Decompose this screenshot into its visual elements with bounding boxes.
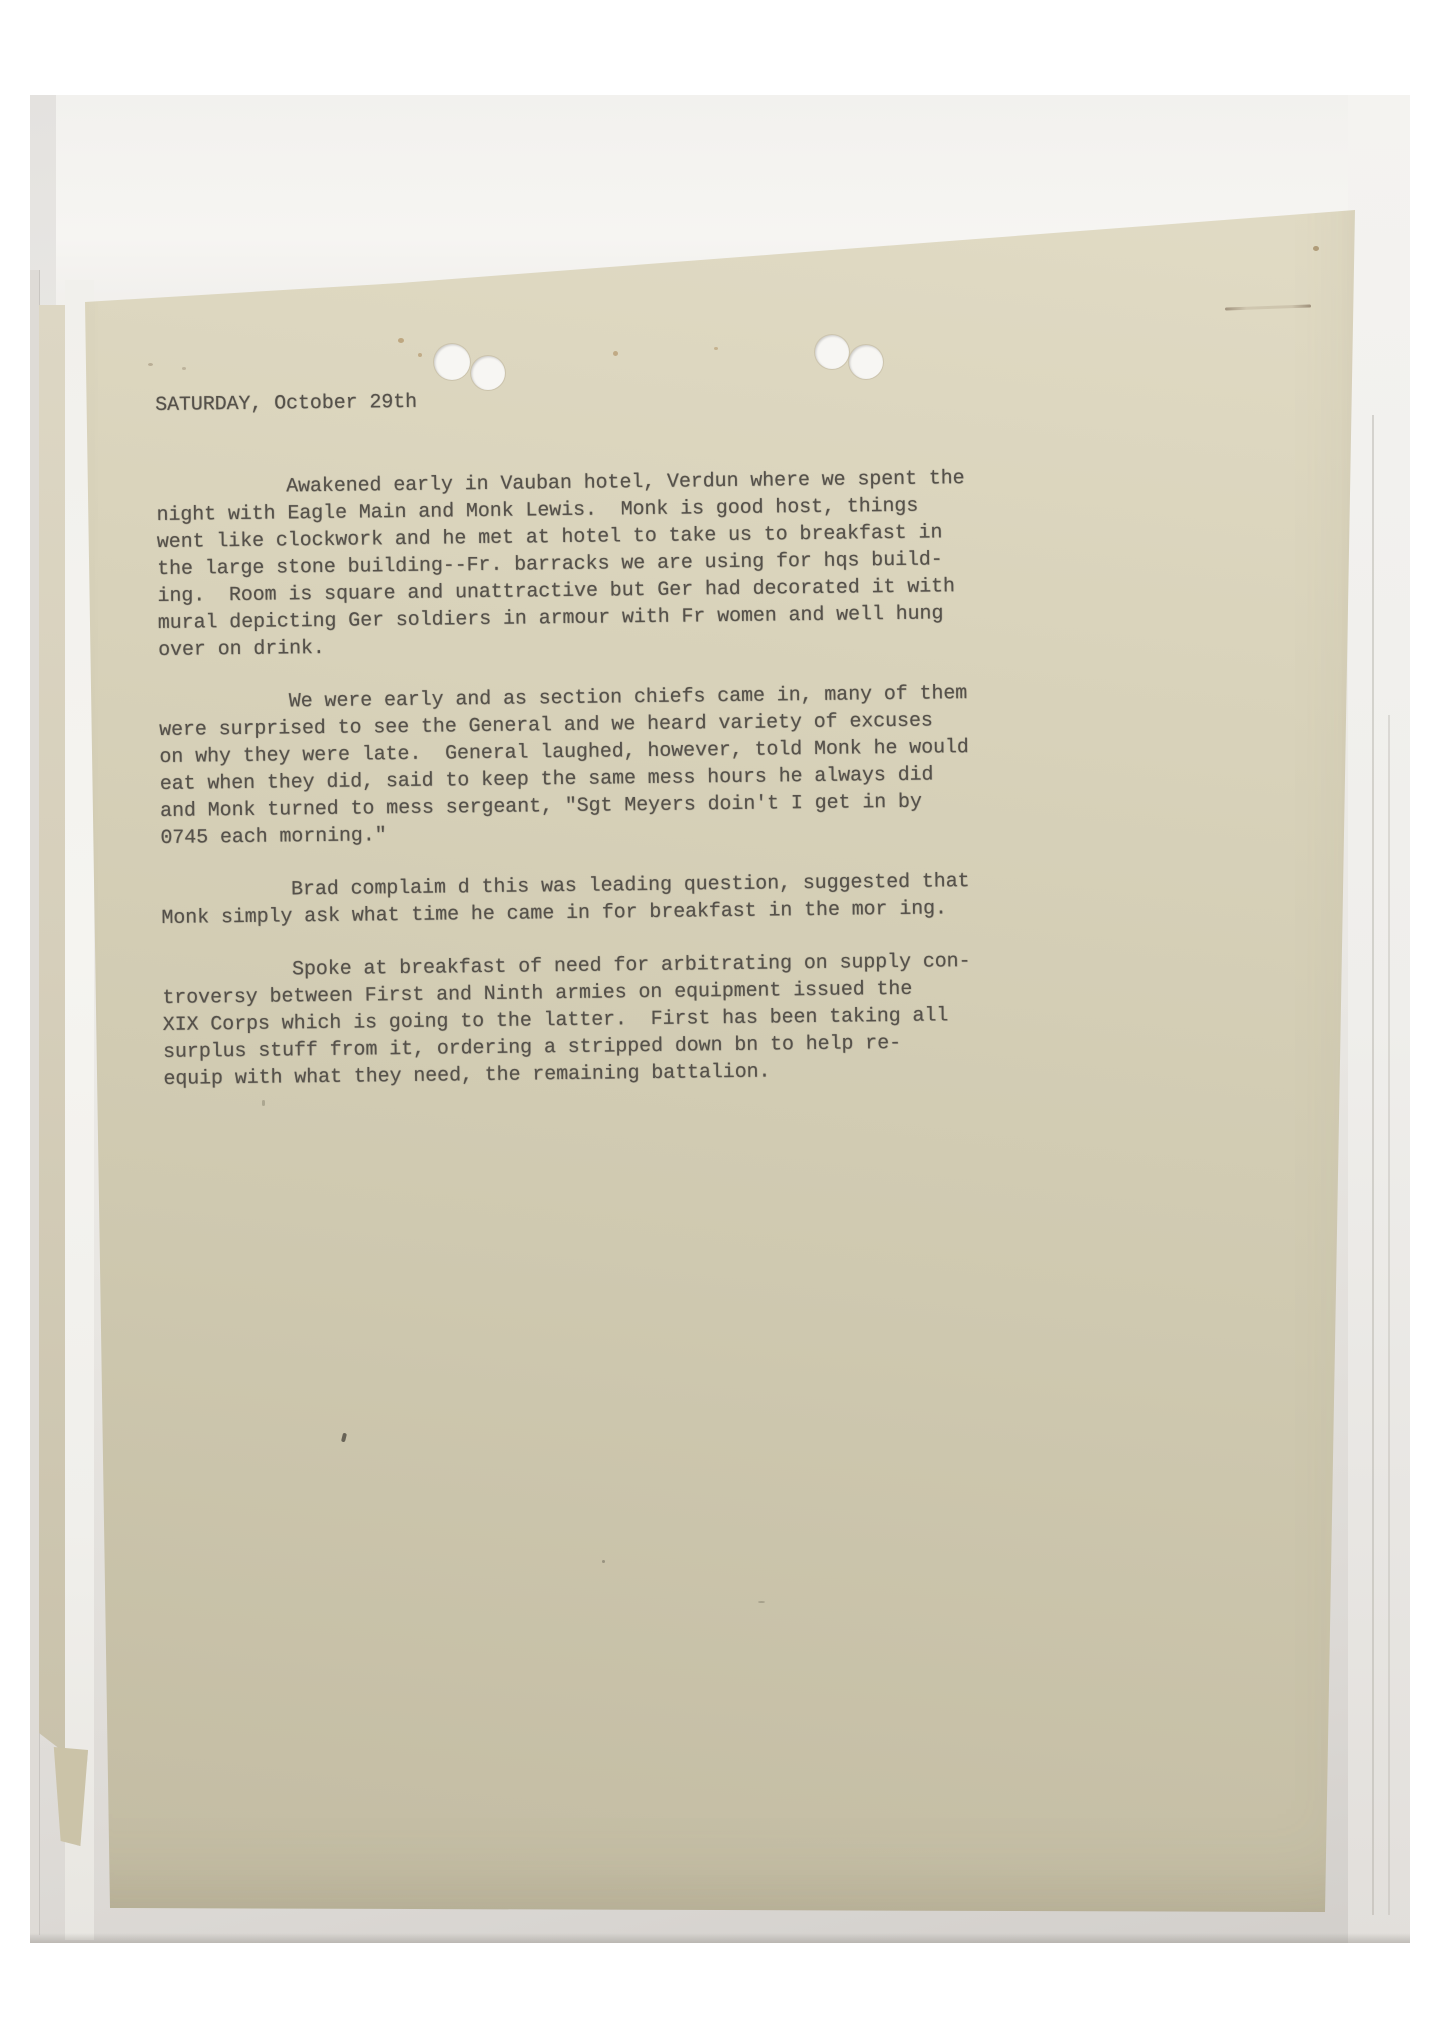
punch-hole (849, 345, 883, 379)
punch-hole (434, 344, 470, 380)
photo-bottom-edge (30, 1933, 1410, 1943)
under-sheet-right-edge (1348, 95, 1410, 1943)
paragraph: Spoke at breakfast of need for arbitrati… (162, 944, 1314, 1093)
paragraph: Brad complaim d this was leading questio… (161, 864, 1312, 932)
ink-speck (262, 1100, 265, 1106)
ink-speck (602, 1560, 605, 1563)
foxing-speck (418, 353, 422, 357)
page-stack-edge (30, 270, 40, 1935)
under-page-strip (39, 305, 65, 1753)
foxing-speck (613, 351, 618, 356)
punch-hole (471, 356, 505, 390)
foxing-speck (182, 367, 186, 370)
punch-hole (815, 335, 849, 369)
paragraph: We were early and as section chiefs came… (159, 676, 1311, 852)
foxing-speck (398, 338, 404, 343)
typed-text: SATURDAY, October 29th Awakened early in… (155, 378, 1313, 1093)
ink-speck (758, 1601, 765, 1603)
foxing-speck (1313, 246, 1319, 251)
sheet-crease (1388, 715, 1390, 1915)
photo-of-diary-page: SATURDAY, October 29th Awakened early in… (30, 95, 1410, 1943)
foxing-speck (714, 347, 718, 350)
foxing-speck (148, 363, 153, 366)
sheet-crease (1372, 415, 1374, 1915)
paragraph: Awakened early in Vauban hotel, Verdun w… (156, 461, 1308, 664)
